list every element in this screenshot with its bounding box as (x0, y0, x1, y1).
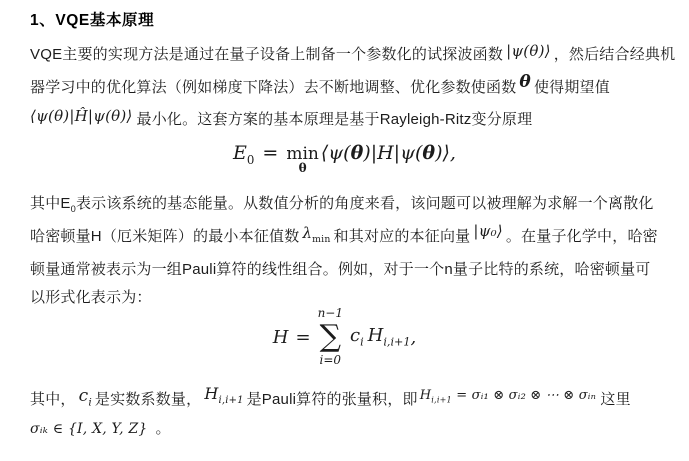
p3-t2: 是实数系数量， (95, 391, 201, 408)
p2l2-mid: 和其对应的本征向量 (334, 228, 471, 245)
p1l2-text: 器学习中的优化算法（例如梯度下降法）去不断地调整、优化参数使函数 (30, 79, 516, 96)
inline-math-expectation-value: ⟨ψ(θ)|Ĥ|ψ(θ)⟩ (30, 107, 133, 125)
paragraph1-line1: VQE主要的实现方法是通过在量子设备上制备一个参数化的试探波函数|ψ(θ)⟩，然… (30, 44, 675, 65)
paragraph3-line1: 其中，ci是实数系数量，Hi,i+1是Pauli算符的张量积，即Hi,i+1 =… (30, 389, 631, 416)
f2-comma: , (411, 327, 417, 348)
p2l1-pre: 其中E (30, 195, 71, 212)
f1-equals: = (262, 142, 278, 164)
sigma-sum-icon: ∑ (320, 320, 341, 354)
f2-equals: = (295, 327, 310, 348)
p2l2-text: 哈密顿量H（厄米矩阵）的最小本征值数 (30, 228, 299, 245)
p2l2-tail: 。在量子化学中，哈密 (506, 228, 658, 245)
p3-t4: 这里 (600, 391, 630, 408)
p3-t1: 其中， (30, 391, 76, 408)
p1l2-tail: 使得期望值 (534, 79, 610, 96)
f1-E: E0 (233, 142, 254, 167)
p1l3-tail: 最小化。这套方案的基本原理是基于Rayleigh-Ritz变分原理 (137, 111, 533, 128)
f2-pauli-term: Hi,i+1 (368, 325, 411, 349)
equation-hamiltonian-sum: H = n−1 ∑ i=0 ci Hi,i+1, (0, 307, 689, 367)
paragraph2-line1: 其中E0表示该系统的基态能量。从数值分析的角度来看，该问题可以被理解为求解一个离… (30, 194, 654, 219)
inline-math-psi-theta-ket: |ψ(θ)⟩ (506, 42, 551, 60)
section-heading: 1、VQE基本原理 (30, 11, 154, 31)
p3-t3: 是Pauli算符的张量积，即 (247, 391, 418, 408)
f1-min-operator: min θ (286, 145, 319, 174)
f1-rhs: ⟨ψ(θ)|H|ψ(θ)⟩, (321, 142, 456, 164)
inline-math-psi0-ket: |ψ₀⟩ (473, 222, 502, 240)
f1-E-sub: 0 (247, 153, 255, 167)
p1l1-tail: ，然后结合经典机 (554, 46, 676, 63)
inline-math-ci: ci (79, 386, 92, 406)
paragraph2-line2: 哈密顿量H（厄米矩阵）的最小本征值数λmin和其对应的本征向量|ψ₀⟩。在量子化… (30, 226, 658, 253)
f2-sum-lower-bound: i=0 (320, 354, 342, 367)
f2-sum-operator: n−1 ∑ i=0 (318, 307, 343, 367)
paragraph2-line4: 以形式化表示为： (30, 288, 152, 308)
f1-min-subscript-theta: θ (299, 163, 307, 174)
p2l1-rest: 表示该系统的基态能量。从数值分析的角度来看，该问题可以被理解为求解一个离散化 (76, 195, 654, 212)
equation-ground-state-energy: E0 = min θ ⟨ψ(θ)|H|ψ(θ)⟩, (0, 142, 689, 174)
paragraph1-line3: ⟨ψ(θ)|Ĥ|ψ(θ)⟩最小化。这套方案的基本原理是基于Rayleigh-Ri… (30, 109, 532, 130)
f2-H: H (273, 327, 289, 348)
document-page: 1、VQE基本原理 VQE主要的实现方法是通过在量子设备上制备一个参数化的试探波… (0, 0, 689, 461)
inline-math-sigma-set: σᵢₖ ∈ {I, X, Y, Z} (30, 421, 148, 437)
inline-math-tensor-product: Hi,i+1 = σᵢ₁ ⊗ σᵢ₂ ⊗ ⋯ ⊗ σᵢₙ (420, 388, 601, 403)
inline-math-theta: θ (519, 72, 531, 92)
inline-math-Hii1: Hi,i+1 (204, 384, 243, 403)
paragraph2-line3: 顿量通常被表示为一组Pauli算符的线性组合。例如，对于一个n量子比特的系统，哈… (30, 260, 651, 280)
inline-math-lambda-min: λmin (302, 224, 330, 242)
paragraph1-line2: 器学习中的优化算法（例如梯度下降法）去不断地调整、优化参数使函数θ使得期望值 (30, 77, 610, 98)
f2-coefficient: ci (350, 325, 364, 349)
p1l1-text: VQE主要的实现方法是通过在量子设备上制备一个参数化的试探波函数 (30, 46, 503, 63)
paragraph3-line2: σᵢₖ ∈ {I, X, Y, Z}。 (30, 419, 171, 439)
p3l2-period: 。 (156, 420, 171, 437)
